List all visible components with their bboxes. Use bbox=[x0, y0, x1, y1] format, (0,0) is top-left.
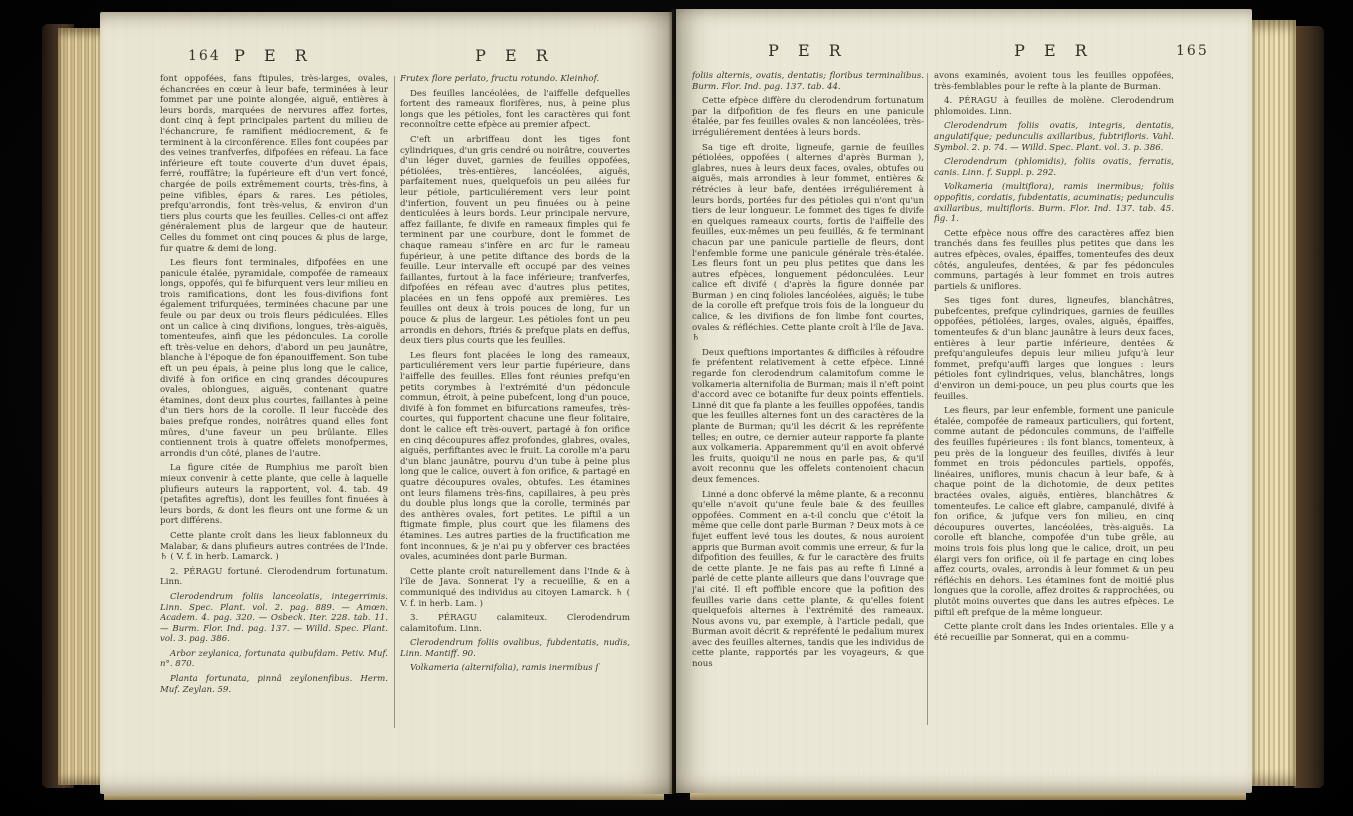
photo-background: 164 P E R P E R font oppofées, fans ftip… bbox=[0, 0, 1353, 816]
running-header: P E R bbox=[692, 41, 924, 60]
page-left: 164 P E R P E R font oppofées, fans ftip… bbox=[100, 12, 672, 794]
paragraph: Deux queftions importantes & difficiles … bbox=[692, 348, 924, 486]
citation: Clerodendrum (phlomidis), foliis ovatis,… bbox=[934, 157, 1174, 178]
running-header: P E R bbox=[934, 41, 1174, 60]
page-bottom-edge-right bbox=[690, 792, 1246, 800]
paragraph: avons examinés, avoient tous les feuille… bbox=[934, 71, 1174, 92]
citation: Clerodendrum foliis ovatis, integris, de… bbox=[934, 121, 1174, 153]
paragraph: Cette efpèce nous offre des caractères a… bbox=[934, 229, 1174, 293]
citation: Arbor zeylanica, fortunata quibufdam. Pe… bbox=[160, 649, 388, 670]
column-divider bbox=[394, 76, 395, 728]
page-right: P E R P E R 165 foliis alternis, ovatis,… bbox=[676, 9, 1252, 793]
text-column-1: font oppofées, fans ftipules, très-large… bbox=[160, 74, 388, 742]
citation: foliis alternis, ovatis, dentatis; flori… bbox=[692, 71, 924, 92]
page-number-right: 165 bbox=[1176, 43, 1209, 59]
text-column-2: Frutex flore perlato, fructu rotundo. Kl… bbox=[400, 74, 630, 742]
paragraph: Les fleurs font placées le long des rame… bbox=[400, 351, 630, 563]
citation: Planta fortunata, pinnâ zeylonenfibus. H… bbox=[160, 674, 388, 695]
paragraph: font oppofées, fans ftipules, très-large… bbox=[160, 74, 388, 254]
column-divider bbox=[927, 73, 928, 725]
citation: Volkameria (alternifolia), ramis inermib… bbox=[400, 663, 630, 674]
text-column-3: foliis alternis, ovatis, dentatis; flori… bbox=[692, 71, 924, 739]
paragraph: Linné a donc obfervé la même plante, & a… bbox=[692, 490, 924, 670]
paragraph: Cette plante croît dans les Indes orient… bbox=[934, 622, 1174, 643]
paragraph: Cette efpèce diffère du clerodendrum for… bbox=[692, 96, 924, 138]
citation: Frutex flore perlato, fructu rotundo. Kl… bbox=[400, 74, 630, 85]
book-cover-right bbox=[1294, 26, 1324, 788]
page-fore-edge-left bbox=[58, 28, 106, 785]
page-fore-edge-right bbox=[1250, 20, 1296, 786]
paragraph: Des feuilles lancéolées, de l'aiffelle d… bbox=[400, 89, 630, 131]
species-heading: 2. PÉRAGU fortuné. Clerodendrum fortunat… bbox=[160, 567, 388, 588]
open-book: 164 P E R P E R font oppofées, fans ftip… bbox=[0, 0, 1353, 816]
paragraph: Les fleurs, par leur enfemble, forment u… bbox=[934, 406, 1174, 618]
paragraph: Ses tiges font dures, ligneufes, blanchâ… bbox=[934, 296, 1174, 402]
citation: Volkameria (multiflora), ramis inermibus… bbox=[934, 182, 1174, 224]
species-heading: 3. PÉRAGU calamiteux. Clerodendrum calam… bbox=[400, 613, 630, 634]
paragraph: Sa tige eft droite, ligneufe, garnie de … bbox=[692, 143, 924, 344]
paragraph: C'eft un arbriffeau dont les tiges font … bbox=[400, 135, 630, 347]
paragraph: La figure citée de Rumphius me paroît bi… bbox=[160, 463, 388, 527]
citation: Clerodendrum foliis lanceolatis, integer… bbox=[160, 592, 388, 645]
paragraph: Cette plante croît naturellement dans l'… bbox=[400, 567, 630, 609]
text-column-4: avons examinés, avoient tous les feuille… bbox=[934, 71, 1174, 739]
citation: Clerodendrum foliis ovalibus, fubdentati… bbox=[400, 638, 630, 659]
running-header: P E R bbox=[160, 46, 388, 65]
species-heading: 4. PÉRAGU à feuilles de molène. Cleroden… bbox=[934, 96, 1174, 117]
page-bottom-edge-left bbox=[104, 793, 664, 800]
paragraph: Les fleurs font terminales, difpofées en… bbox=[160, 258, 388, 459]
running-header: P E R bbox=[400, 46, 630, 65]
paragraph: Cette plante croît dans les lieux fablon… bbox=[160, 531, 388, 563]
